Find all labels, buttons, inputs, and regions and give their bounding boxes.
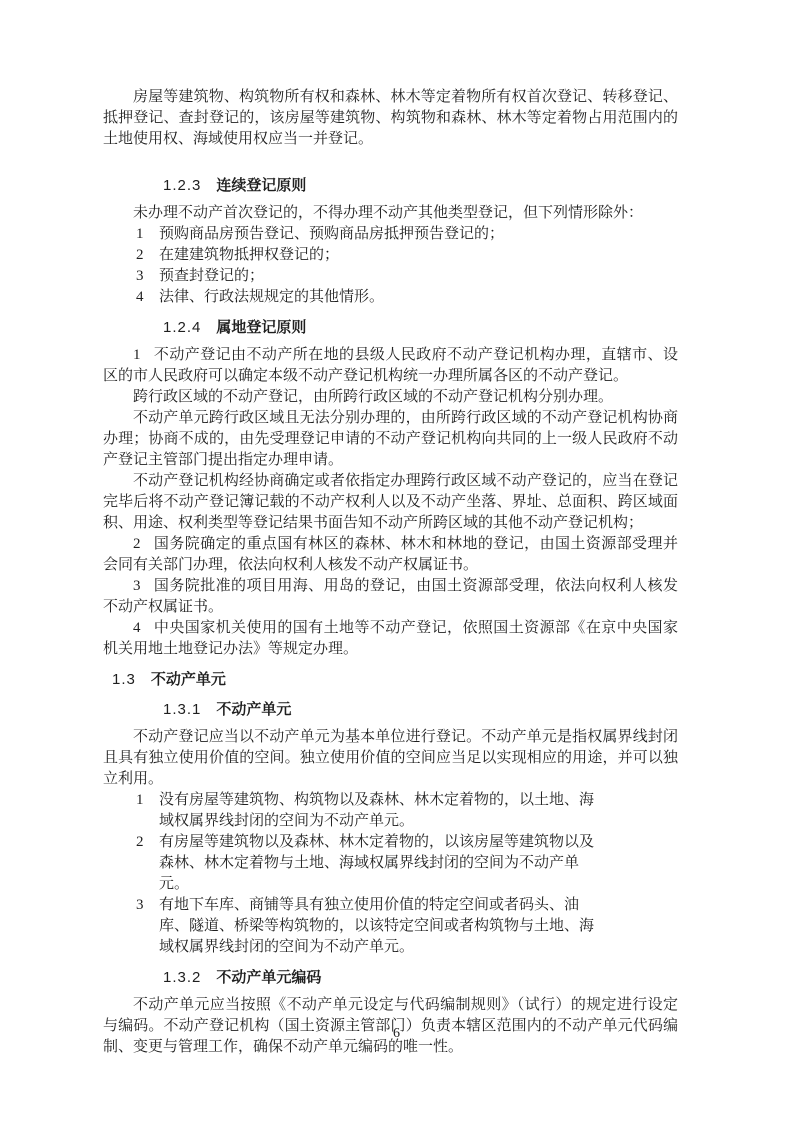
- heading-number: 1.3: [112, 671, 136, 688]
- paragraph-text: 国务院确定的重点国有林区的森林、林木和林地的登记，由国土资源部受理并会同有关部门…: [103, 536, 678, 573]
- paragraph-number: 4: [133, 620, 141, 636]
- list-item: 3 预查封登记的；: [103, 266, 678, 287]
- heading-title: 连续登记原则: [216, 177, 306, 194]
- paragraph-text: 国务院批准的项目用海、用岛的登记，由国土资源部受理，依法向权利人核发不动产权属证…: [103, 578, 678, 615]
- heading-title: 属地登记原则: [216, 319, 306, 336]
- heading-number: 1.3.1: [163, 701, 201, 718]
- list-item-number: 3: [136, 895, 144, 916]
- paragraph: 房屋等建筑物、构筑物所有权和森林、林木等定着物所有权首次登记、转移登记、抵押登记…: [103, 87, 678, 150]
- section-heading-1-3-1: 1.3.1不动产单元: [163, 700, 678, 720]
- list-item: 4 法律、行政法规规定的其他情形。: [103, 287, 678, 308]
- section-heading-1-2-3: 1.2.3连续登记原则: [163, 176, 678, 196]
- paragraph-text: 中央国家机关使用的国有土地等不动产登记，依照国土资源部《在京中央国家机关用地土地…: [103, 620, 678, 657]
- numbered-list: 1 预购商品房预告登记、预购商品房抵押预告登记的； 2 在建建筑物抵押权登记的；…: [103, 224, 678, 308]
- list-item: 1 预购商品房预告登记、预购商品房抵押预告登记的；: [103, 224, 678, 245]
- list-item: 2 有房屋等建筑物以及森林、林木定着物的，以该房屋等建筑物以及森林、林木定着物与…: [103, 832, 595, 895]
- paragraph-number: 3: [133, 578, 141, 594]
- paragraph: 未办理不动产首次登记的，不得办理不动产其他类型登记，但下列情形除外：: [103, 203, 678, 224]
- list-item-text: 没有房屋等建筑物、构筑物以及森林、林木定着物的，以土地、海域权属界线封闭的空间为…: [159, 792, 594, 829]
- section-heading-1-3: 1.3不动产单元: [112, 670, 678, 690]
- document-page: 房屋等建筑物、构筑物所有权和森林、林木等定着物所有权首次登记、转移登记、抵押登记…: [0, 0, 793, 1122]
- paragraph: 3国务院批准的项目用海、用岛的登记，由国土资源部受理，依法向权利人核发不动产权属…: [103, 576, 678, 618]
- list-item-number: 2: [136, 832, 144, 853]
- heading-title: 不动产单元: [151, 671, 226, 688]
- page-number: 6: [0, 1025, 793, 1043]
- heading-title: 不动产单元编码: [216, 969, 321, 986]
- list-item-text: 法律、行政法规规定的其他情形。: [159, 289, 384, 305]
- paragraph-number: 2: [133, 536, 141, 552]
- heading-number: 1.2.4: [163, 319, 201, 336]
- list-item-text: 在建建筑物抵押权登记的；: [159, 247, 339, 263]
- section-heading-1-2-4: 1.2.4属地登记原则: [163, 318, 678, 338]
- list-item-number: 1: [136, 790, 144, 811]
- list-item-text: 有房屋等建筑物以及森林、林木定着物的，以该房屋等建筑物以及森林、林木定着物与土地…: [159, 834, 594, 892]
- paragraph-text: 不动产登记由不动产所在地的县级人民政府不动产登记机构办理，直辖市、设区的市人民政…: [103, 347, 678, 384]
- heading-title: 不动产单元: [216, 701, 291, 718]
- list-item: 2 在建建筑物抵押权登记的；: [103, 245, 678, 266]
- section-heading-1-3-2: 1.3.2不动产单元编码: [163, 968, 678, 988]
- paragraph: 4中央国家机关使用的国有土地等不动产登记，依照国土资源部《在京中央国家机关用地土…: [103, 618, 678, 660]
- paragraph: 2国务院确定的重点国有林区的森林、林木和林地的登记，由国土资源部受理并会同有关部…: [103, 534, 678, 576]
- list-item-number: 4: [136, 287, 144, 308]
- list-item-text: 有地下车库、商铺等具有独立使用价值的特定空间或者码头、油库、隧道、桥梁等构筑物的…: [159, 897, 594, 955]
- paragraph-number: 1: [133, 347, 141, 363]
- paragraph: 不动产登记机构经协商确定或者依指定办理跨行政区域不动产登记的，应当在登记完毕后将…: [103, 471, 678, 534]
- numbered-list: 1 没有房屋等建筑物、构筑物以及森林、林木定着物的，以土地、海域权属界线封闭的空…: [103, 790, 678, 958]
- paragraph: 跨行政区域的不动产登记，由所跨行政区域的不动产登记机构分别办理。: [103, 387, 678, 408]
- list-item-number: 3: [136, 266, 144, 287]
- heading-number: 1.2.3: [163, 177, 201, 194]
- paragraph: 1不动产登记由不动产所在地的县级人民政府不动产登记机构办理，直辖市、设区的市人民…: [103, 345, 678, 387]
- paragraph: 不动产单元跨行政区域且无法分别办理的，由所跨行政区域的不动产登记机构协商办理；协…: [103, 408, 678, 471]
- paragraph: 不动产登记应当以不动产单元为基本单位进行登记。不动产单元是指权属界线封闭且具有独…: [103, 727, 678, 790]
- list-item-text: 预查封登记的；: [159, 268, 264, 284]
- heading-number: 1.3.2: [163, 969, 201, 986]
- page-content: 房屋等建筑物、构筑物所有权和森林、林木等定着物所有权首次登记、转移登记、抵押登记…: [103, 87, 678, 1058]
- list-item-number: 1: [136, 224, 144, 245]
- list-item: 1 没有房屋等建筑物、构筑物以及森林、林木定着物的，以土地、海域权属界线封闭的空…: [103, 790, 595, 832]
- list-item-text: 预购商品房预告登记、预购商品房抵押预告登记的；: [159, 226, 504, 242]
- list-item: 3 有地下车库、商铺等具有独立使用价值的特定空间或者码头、油库、隧道、桥梁等构筑…: [103, 895, 595, 958]
- list-item-number: 2: [136, 245, 144, 266]
